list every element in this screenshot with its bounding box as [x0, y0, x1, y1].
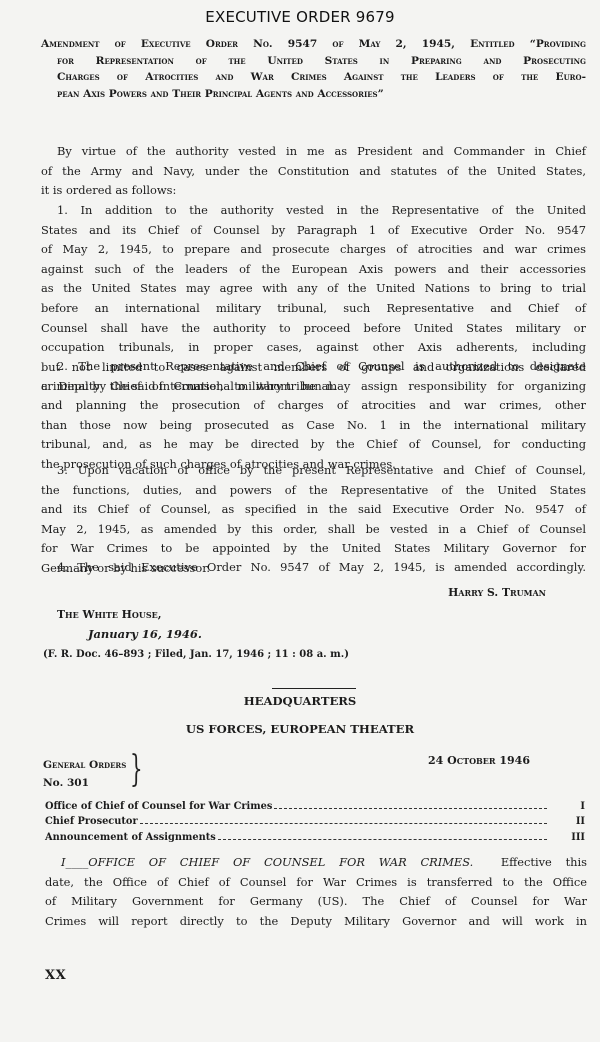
paragraph-line: and its Chief of Counsel, as specified i… — [41, 500, 586, 520]
toc-section: I — [553, 799, 585, 814]
paragraph-line: a Deputy Chief of Counsel, to whom he ma… — [41, 377, 586, 397]
document-page: EXECUTIVE ORDER 9679 Amendment of Execut… — [0, 0, 600, 1042]
general-orders-label: General Orders — [43, 756, 126, 774]
paragraph-line: before an international military tribuna… — [41, 299, 586, 319]
paragraph-2: 2. The present Representative and Chief … — [41, 357, 586, 475]
section-one-first-line: I____OFFICE OF CHIEF OF COUNSEL FOR WAR … — [45, 853, 587, 873]
section-one-heading: I____OFFICE OF CHIEF OF COUNSEL FOR WAR … — [61, 855, 473, 869]
section-divider — [272, 688, 356, 689]
toc-row: Announcement of Assignments III — [45, 830, 585, 845]
paragraph-line: of May 2, 1945, to prepare and prosecute… — [41, 240, 586, 260]
paragraph-line: States and its Chief of Counsel by Parag… — [41, 221, 586, 241]
subtitle-line: for Representation of the United States … — [41, 53, 586, 70]
general-orders-block: General Orders No. 301 — [43, 756, 126, 792]
subtitle-line: Charges of Atrocities and War Crimes Aga… — [41, 69, 586, 86]
section-one: I____OFFICE OF CHIEF OF COUNSEL FOR WAR … — [45, 853, 587, 931]
paragraph-line: than those now being prosecuted as Case … — [41, 416, 586, 436]
toc-leader — [274, 807, 547, 809]
paragraph-line: 2. The present Representative and Chief … — [41, 357, 586, 377]
paragraph-line: and planning the prosecution of charges … — [41, 396, 586, 416]
paragraph-line: against such of the leaders of the Europ… — [41, 260, 586, 280]
preamble-line: By virtue of the authority vested in me … — [41, 142, 586, 162]
page-folio: XX — [45, 968, 66, 983]
paragraph-line: 3. Upon vacation of office by the presen… — [41, 461, 586, 481]
subtitle-line: Amendment of Executive Order No. 9547 of… — [41, 36, 586, 53]
preamble: By virtue of the authority vested in me … — [41, 142, 586, 201]
order-subtitle: Amendment of Executive Order No. 9547 of… — [41, 36, 586, 102]
toc-row: Chief Prosecutor II — [45, 814, 585, 829]
orders-heading: HEADQUARTERS — [0, 694, 600, 708]
section-one-line: date, the Office of Chief of Counsel for… — [45, 873, 587, 893]
page-title: EXECUTIVE ORDER 9679 — [0, 8, 600, 26]
order-date: 24 October 1946 — [428, 754, 530, 767]
section-one-line: of Military Government for Germany (US).… — [45, 892, 587, 912]
toc-label: Announcement of Assignments — [45, 830, 216, 845]
filing-note: (F. R. Doc. 46–893 ; Filed, Jan. 17, 194… — [43, 649, 349, 660]
section-one-line: Crimes will report directly to the Deput… — [45, 912, 587, 932]
paragraph-line: tribunal, and, as he may be directed by … — [41, 435, 586, 455]
general-orders-number: No. 301 — [43, 774, 126, 792]
paragraph-line: May 2, 1945, as amended by this order, s… — [41, 520, 586, 540]
table-of-contents: Office of Chief of Counsel for War Crime… — [45, 799, 585, 845]
signature: Harry S. Truman — [448, 586, 546, 599]
subtitle-line: pean Axis Powers and Their Principal Age… — [41, 86, 586, 103]
paragraph-line: as the United States may agree with any … — [41, 279, 586, 299]
toc-section: III — [553, 830, 585, 845]
paragraph-line: Counsel shall have the authority to proc… — [41, 319, 586, 339]
paragraph-line: 4. The said Executive Order No. 9547 of … — [41, 558, 586, 578]
toc-label: Office of Chief of Counsel for War Crime… — [45, 799, 272, 814]
section-one-lead: Effective this — [501, 855, 587, 869]
toc-section: II — [553, 814, 585, 829]
toc-row: Office of Chief of Counsel for War Crime… — [45, 799, 585, 814]
paragraph-line: the functions, duties, and powers of the… — [41, 481, 586, 501]
preamble-line: of the Army and Navy, under the Constitu… — [41, 162, 586, 182]
toc-label: Chief Prosecutor — [45, 814, 138, 829]
brace-icon: } — [130, 752, 143, 788]
preamble-line: it is ordered as follows: — [41, 181, 586, 201]
paragraph-line: occupation tribunals, in proper cases, a… — [41, 338, 586, 358]
toc-leader — [218, 838, 547, 840]
signing-date: January 16, 1946. — [88, 627, 202, 641]
signing-place: The White House, — [57, 608, 161, 621]
paragraph-line: 1. In addition to the authority vested i… — [41, 201, 586, 221]
toc-leader — [140, 822, 547, 824]
paragraph-line: for War Crimes to be appointed by the Un… — [41, 539, 586, 559]
paragraph-4: 4. The said Executive Order No. 9547 of … — [41, 558, 586, 578]
orders-subheading: US FORCES, EUROPEAN THEATER — [0, 722, 600, 736]
